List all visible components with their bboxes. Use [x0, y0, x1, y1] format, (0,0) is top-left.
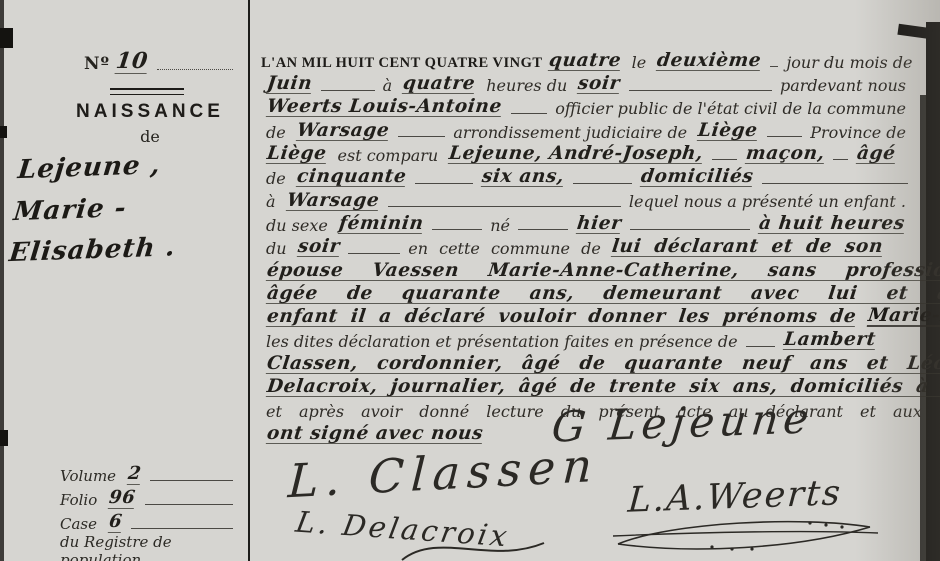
- blank-rule: [157, 69, 233, 70]
- blank-rule: [150, 480, 233, 481]
- act-line: dusoiren cette commune delui déclarant e…: [261, 234, 911, 257]
- act-line: deWarsagearrondissement judiciaire deLiè…: [261, 118, 911, 141]
- register-reference: Volume 2 Folio 96 Case 6: [60, 462, 236, 534]
- child-givenname: Elisabeth .: [7, 225, 248, 275]
- act-line: épouse Vaessen Marie-Anne-Catherine, san…: [261, 258, 911, 281]
- handwritten-text: Liège: [266, 144, 328, 164]
- act-number-row: Nº 10: [84, 50, 236, 74]
- blank-rule: [630, 229, 750, 230]
- handwritten-text: Delacroix, journalier, âgé de trente six…: [266, 377, 940, 397]
- handwritten-text: Lejeune, André-Joseph,: [448, 144, 705, 164]
- handwritten-text: Lambert: [783, 330, 877, 350]
- printed-form-text: Province de: [810, 124, 906, 142]
- scan-edge-right: [920, 95, 928, 561]
- handwritten-text: ont signé avec nous: [266, 424, 485, 444]
- register-value: 96: [108, 489, 137, 509]
- register-row-case: Case 6: [60, 510, 236, 533]
- birth-record-scan: Nº 10 NAISSANCE de Lejeune , Marie - Eli…: [0, 0, 940, 561]
- handwritten-text: maçon,: [744, 144, 825, 164]
- printed-form-text: les dites déclaration et présentation fa…: [266, 333, 738, 351]
- paraph-flourish: [612, 514, 884, 560]
- printed-form-text: est comparu: [338, 147, 439, 165]
- handwritten-text: Warsage: [295, 121, 390, 141]
- printed-form-text: jour du mois de: [786, 54, 912, 72]
- act-line: âgée de quarante ans, demeurant avec lui…: [261, 281, 911, 304]
- handwritten-text: Marie-Elisabeth: [867, 306, 940, 327]
- handwritten-text: Warsage: [285, 191, 380, 211]
- act-type-heading: NAISSANCE: [50, 101, 250, 123]
- handwritten-text: hier: [576, 214, 623, 234]
- blank-rule: [131, 528, 233, 529]
- register-value: 2: [127, 465, 143, 485]
- act-line: L'AN MIL HUIT CENT QUATRE VINGTquatreled…: [261, 48, 911, 71]
- handwritten-text: Classen, cordonnier, âgé de quarante neu…: [266, 354, 940, 374]
- blank-rule: [348, 253, 400, 254]
- blank-rule: [145, 504, 234, 505]
- printed-form-text: arrondissement judiciaire de: [453, 124, 687, 142]
- register-value: 6: [108, 513, 124, 533]
- cutoff-flourish: [398, 539, 548, 561]
- margin-separator-line: [248, 0, 250, 561]
- signature-witness-classen: L. Classen: [287, 438, 601, 509]
- blank-rule: [432, 229, 482, 230]
- blank-rule: [518, 229, 568, 230]
- printed-form-text: du: [266, 240, 287, 258]
- handwritten-text: Weerts Louis-Antoine: [266, 97, 503, 117]
- blank-rule: [321, 90, 375, 91]
- register-label: Case: [60, 515, 97, 533]
- blank-rule: [388, 206, 621, 207]
- handwritten-text: enfant il a déclaré vouloir donner les p…: [266, 307, 858, 327]
- handwritten-text: six ans,: [481, 167, 566, 187]
- register-label: Volume: [60, 467, 116, 485]
- handwritten-text: cinquante: [295, 167, 407, 187]
- blank-rule: [573, 183, 631, 184]
- blank-rule: [398, 136, 445, 137]
- register-row-folio: Folio 96: [60, 486, 236, 509]
- printed-form-text: lequel nous a présenté un enfant .: [629, 193, 906, 211]
- printed-form-text: de: [266, 170, 286, 188]
- handwritten-text: quatre: [402, 74, 477, 94]
- act-number-value: 10: [115, 50, 150, 74]
- act-line: du sexefémininnéhierà huit heures: [261, 211, 911, 234]
- handwritten-text: âgée de quarante ans, demeurant avec lui…: [266, 284, 940, 304]
- printed-form-text: à: [383, 77, 393, 95]
- blank-rule: [770, 66, 778, 67]
- act-line: àWarsagelequel nous a présenté un enfant…: [261, 188, 911, 211]
- act-line: Liègeest comparuLejeune, André-Joseph,ma…: [261, 141, 911, 164]
- handwritten-text: quatre: [547, 51, 622, 71]
- act-line: decinquantesix ans,domiciliés: [261, 164, 911, 187]
- handwritten-text: épouse Vaessen Marie-Anne-Catherine, san…: [266, 261, 940, 281]
- printed-form-text: né: [490, 217, 510, 235]
- blank-rule: [746, 346, 775, 347]
- printed-form-text: à: [266, 193, 276, 211]
- act-line: Weerts Louis-Antoineofficier public de l…: [261, 95, 911, 118]
- printed-form-text: le: [632, 54, 647, 72]
- printed-form-text: de: [266, 124, 286, 142]
- register-label: Folio: [60, 491, 97, 509]
- printed-form-text: en cette commune de: [408, 240, 601, 258]
- register-row-volume: Volume 2: [60, 462, 236, 485]
- act-body: L'AN MIL HUIT CENT QUATRE VINGTquatreled…: [261, 48, 911, 444]
- handwritten-text: deuxième: [656, 51, 763, 71]
- handwritten-text: soir: [577, 74, 621, 94]
- blank-rule: [511, 113, 547, 114]
- register-note: du Registre de population: [60, 533, 248, 561]
- blank-rule: [415, 183, 473, 184]
- printed-form-text: pardevant nous: [780, 77, 906, 95]
- margin-column: Nº 10 NAISSANCE de Lejeune , Marie - Eli…: [0, 0, 248, 561]
- act-line: Classen, cordonnier, âgé de quarante neu…: [261, 351, 911, 374]
- act-line: Juinàquatreheures dusoirpardevant nous: [261, 71, 911, 94]
- handwritten-text: Juin: [266, 74, 314, 94]
- blank-rule: [762, 183, 908, 184]
- handwritten-text: âgé: [856, 144, 897, 164]
- handwritten-text: lui déclarant et de son: [611, 237, 885, 257]
- child-surname: Lejeune , Marie -: [11, 142, 257, 233]
- handwritten-text: à huit heures: [758, 214, 906, 234]
- printed-form-text: heures du: [486, 77, 567, 95]
- double-rule: [110, 88, 184, 95]
- act-line: les dites déclaration et présentation fa…: [261, 328, 911, 351]
- blank-rule: [712, 159, 736, 160]
- handwritten-text: Liège: [697, 121, 759, 141]
- printed-form-text: officier public de l'état civil de la co…: [555, 100, 906, 118]
- handwritten-text: féminin: [338, 214, 425, 234]
- handwritten-text: domiciliés: [639, 167, 754, 187]
- act-line: enfant il a déclaré vouloir donner les p…: [261, 304, 911, 327]
- act-number-label: Nº: [84, 54, 110, 74]
- handwritten-text: soir: [296, 237, 340, 257]
- child-name-margin: Lejeune , Marie - Elisabeth .: [7, 142, 257, 275]
- printed-caps-text: L'AN MIL HUIT CENT QUATRE VINGT: [261, 55, 543, 72]
- blank-rule: [629, 90, 772, 91]
- blank-rule: [833, 159, 848, 160]
- printed-form-text: du sexe: [266, 217, 328, 235]
- blank-rule: [767, 136, 803, 137]
